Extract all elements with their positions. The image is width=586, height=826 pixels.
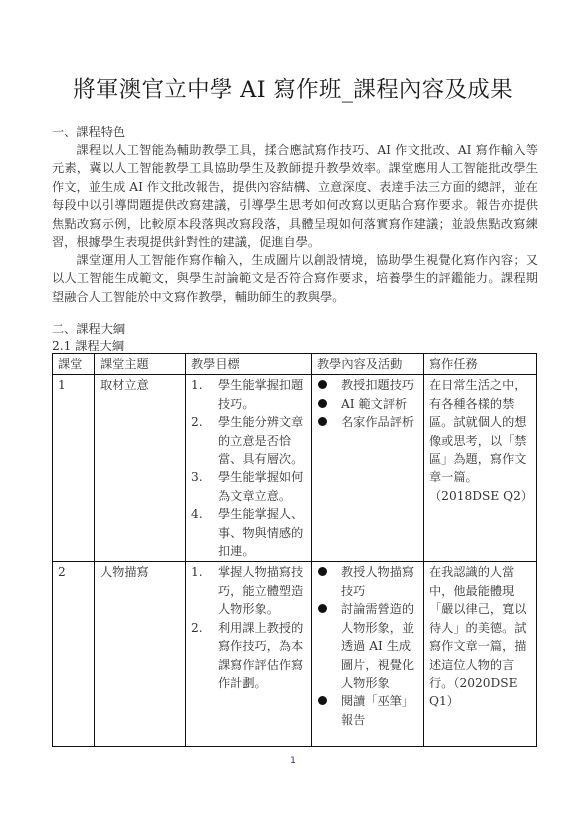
goal-item: 4.學生能掌握人、事、物與情感的扣連。 [191,505,306,560]
features-paragraph-2: 課堂運用人工智能作寫作輸入，生成圖片以創設情境，協助學生視覺化寫作內容；又以人工… [52,251,538,306]
page-number: 1 [0,756,586,766]
bullet-icon [317,376,333,394]
header-lesson: 課堂 [53,354,95,375]
lesson-activities: 教授扣題技巧 AI 範文評析 名家作品評析 [312,375,424,562]
section-heading-outline: 二、課程大綱 [52,320,125,337]
activity-item: 教授人物描寫技巧 [317,563,418,600]
features-paragraph-1: 課程以人工智能為輔助教學工具，揉合應試寫作技巧、AI 作文批改、AI 寫作輸入等… [52,141,538,251]
goal-item: 3.學生能掌握如何為文章立意。 [191,468,306,505]
bullet-icon [317,395,333,413]
course-outline-table: 課堂 課堂主題 教學目標 教學內容及活動 寫作任務 1 取材立意 1.學生能掌握… [52,353,537,747]
goal-item: 2.學生能分辨文章的立意是否恰當、具有層次。 [191,413,306,468]
bullet-icon [317,600,333,692]
header-theme: 課堂主題 [95,354,186,375]
table-header-row: 課堂 課堂主題 教學目標 教學內容及活動 寫作任務 [53,354,537,375]
subsection-heading-outline: 2.1 課程大綱 [52,337,124,354]
lesson-number: 1 [53,375,95,562]
lesson-number: 2 [53,562,95,747]
header-activities: 教學內容及活動 [312,354,424,375]
activity-item: AI 範文評析 [317,395,418,413]
activity-item: 討論需營造的人物形象，並透過 AI 生成圖片，視覺化人物形象 [317,600,418,692]
lesson-goals: 1.掌握人物描寫技巧，能立體塑造人物形象。 2.利用課上教授的寫作技巧，為本課寫… [186,562,312,747]
section-heading-features: 一、課程特色 [52,123,125,140]
header-goals: 教學目標 [186,354,312,375]
activity-item: 名家作品評析 [317,413,418,431]
bullet-icon [317,413,333,431]
lesson-theme: 人物描寫 [95,562,186,747]
goal-item: 2.利用課上教授的寫作技巧，為本課寫作評估作寫作計劃。 [191,619,306,693]
table-row: 2 人物描寫 1.掌握人物描寫技巧，能立體塑造人物形象。 2.利用課上教授的寫作… [53,562,537,747]
bullet-icon [317,692,333,729]
header-task: 寫作任務 [424,354,537,375]
lesson-activities: 教授人物描寫技巧 討論需營造的人物形象，並透過 AI 生成圖片，視覺化人物形象 … [312,562,424,747]
goal-item: 1.掌握人物描寫技巧，能立體塑造人物形象。 [191,563,306,618]
lesson-task: 在日常生活之中，有各種各樣的禁區。試就個人的想像或思考，以「禁區」為題，寫作文章… [424,375,537,562]
activity-item: 教授扣題技巧 [317,376,418,394]
table-row: 1 取材立意 1.學生能掌握扣題技巧。 2.學生能分辨文章的立意是否恰當、具有層… [53,375,537,562]
goal-item: 1.學生能掌握扣題技巧。 [191,376,306,413]
lesson-goals: 1.學生能掌握扣題技巧。 2.學生能分辨文章的立意是否恰當、具有層次。 3.學生… [186,375,312,562]
lesson-task: 在我認識的人當中，他最能體現「嚴以律己，寬以待人」的美德。試寫作文章一篇，描述這… [424,562,537,747]
bullet-icon [317,563,333,600]
document-title: 將軍澳官立中學 AI 寫作班_課程內容及成果 [0,72,586,104]
lesson-theme: 取材立意 [95,375,186,562]
activity-item: 閱讀「巫筆」報告 [317,692,418,729]
